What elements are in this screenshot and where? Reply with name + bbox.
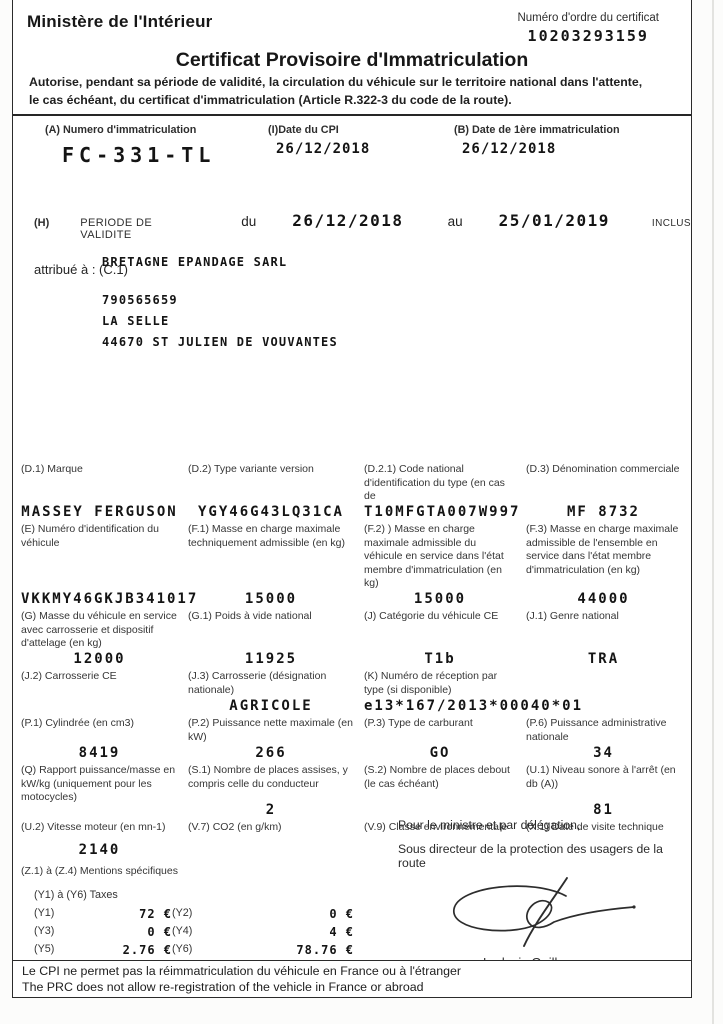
- validity-from-word: du: [241, 214, 256, 229]
- footer-notice: Le CPI ne permet pas la réimmatriculatio…: [13, 960, 691, 996]
- field-label: (V.7) CO2 (en g/km): [188, 821, 354, 835]
- tax-y3-label: (Y3): [34, 925, 92, 939]
- field-value: VKKMY46GKJB341017: [21, 591, 178, 610]
- field-empty: [526, 670, 691, 717]
- signature-block: Pour le ministre et par délégation, Sous…: [398, 818, 688, 960]
- order-number-label: Numéro d'ordre du certificat: [517, 12, 659, 24]
- first-registration-value: 26/12/2018: [454, 141, 676, 157]
- field-label: (S.2) Nombre de places debout (le cas éc…: [364, 764, 516, 791]
- document-subtitle-line2: le cas échéant, du certificat d'immatric…: [27, 93, 677, 108]
- field-value: T1b: [364, 651, 516, 670]
- grid-row-1: (D.1) Marque MASSEY FERGUSON (D.2) Type …: [21, 463, 691, 523]
- validity-code: (H): [34, 217, 49, 229]
- field-label: (J.2) Carrosserie CE: [21, 670, 178, 684]
- field-value: 34: [526, 745, 681, 764]
- field-label: (P.1) Cylindrée (en cm3): [21, 717, 178, 731]
- validity-label: PERIODE DE VALIDITE: [80, 217, 171, 241]
- field-value: YGY46G43LQ31CA: [188, 504, 354, 523]
- tax-y5-label: (Y5): [34, 943, 92, 957]
- field-label: (P.3) Type de carburant: [364, 717, 516, 731]
- field-cpi-date: (I)Date du CPI 26/12/2018: [268, 124, 426, 167]
- tax-y1-label: (Y1): [34, 907, 92, 921]
- field-value: 15000: [364, 591, 516, 610]
- field-k-reception-type: (K) Numéro de réception par type (si dis…: [364, 670, 526, 717]
- field-u2-vitesse-moteur: (U.2) Vitesse moteur (en mn-1) 2140: [21, 821, 188, 861]
- field-label: (J) Catégorie du véhicule CE: [364, 610, 516, 624]
- field-j2-carrosserie-ce: (J.2) Carrosserie CE: [21, 670, 188, 717]
- validity-to-word: au: [448, 214, 463, 229]
- field-d3-denomination: (D.3) Dénomination commerciale MF 8732: [526, 463, 691, 523]
- field-label: (F.3) Masse en charge maximale admissibl…: [526, 523, 681, 578]
- field-p1-cylindree: (P.1) Cylindrée (en cm3) 8419: [21, 717, 188, 764]
- validity-from-date: 26/12/2018: [292, 211, 403, 230]
- field-j3-carrosserie-nationale: (J.3) Carrosserie (désignation nationale…: [188, 670, 364, 717]
- field-value: 15000: [188, 591, 354, 610]
- field-value: MF 8732: [526, 504, 681, 523]
- field-p3-carburant: (P.3) Type de carburant GO: [364, 717, 526, 764]
- field-label: (E) Numéro d'identification du véhicule: [21, 523, 178, 550]
- tax-y1-value: 72 €: [92, 907, 172, 921]
- field-value: e13*167/2013*00040*01: [364, 698, 516, 717]
- field-label: (J.3) Carrosserie (désignation nationale…: [188, 670, 354, 697]
- field-value: 266: [188, 745, 354, 764]
- field-label: (F.2) ) Masse en charge maximale admissi…: [364, 523, 516, 591]
- field-value: MASSEY FERGUSON: [21, 504, 178, 523]
- field-label: (U.2) Vitesse moteur (en mn-1): [21, 821, 178, 835]
- field-g-masse-service: (G) Masse du véhicule en service avec ca…: [21, 610, 188, 670]
- scan-edge-shadow: [712, 0, 714, 1024]
- field-s2-places-debout: (S.2) Nombre de places debout (le cas éc…: [364, 764, 526, 821]
- field-f3-masse-ensemble: (F.3) Masse en charge maximale admissibl…: [526, 523, 691, 610]
- field-label: (K) Numéro de réception par type (si dis…: [364, 670, 516, 697]
- field-p2-puissance-nette: (P.2) Puissance nette maximale (en kW) 2…: [188, 717, 364, 764]
- grid-row-2: (E) Numéro d'identification du véhicule …: [21, 523, 691, 610]
- certificate-order-block: Numéro d'ordre du certificat 10203293159: [517, 12, 677, 45]
- taxes-table: (Y1) 72 € (Y2) 0 € (Y3) 0 € (Y4) 4 € (Y5…: [34, 907, 354, 957]
- ministry-title: Ministère de l'Intérieur: [27, 12, 213, 32]
- field-q-rapport-puissance: (Q) Rapport puissance/masse en kW/kg (un…: [21, 764, 188, 821]
- field-label: (U.1) Niveau sonore à l'arrêt (en db (A)…: [526, 764, 681, 791]
- field-u1-niveau-sonore: (U.1) Niveau sonore à l'arrêt (en db (A)…: [526, 764, 691, 821]
- field-v7-co2: (V.7) CO2 (en g/km): [188, 821, 364, 861]
- tax-y5-value: 2.76 €: [92, 943, 172, 957]
- field-j-categorie-ce: (J) Catégorie du véhicule CE T1b: [364, 610, 526, 670]
- signature-delegation-line1: Pour le ministre et par délégation,: [398, 818, 688, 832]
- document-header: Ministère de l'Intérieur Numéro d'ordre …: [13, 0, 691, 114]
- validity-inclusive-label: INCLUS: [652, 218, 691, 229]
- footer-notice-french: Le CPI ne permet pas la réimmatriculatio…: [22, 964, 691, 980]
- grid-row-5: (P.1) Cylindrée (en cm3) 8419 (P.2) Puis…: [21, 717, 691, 764]
- field-label: (G.1) Poids à vide national: [188, 610, 354, 624]
- field-value: TRA: [526, 651, 681, 670]
- holder-address-line1: LA SELLE: [102, 314, 338, 328]
- signatory-name: Ludovic Guillaume: [483, 955, 688, 960]
- field-label: (D.1) Marque: [21, 463, 178, 477]
- grid-row-4: (J.2) Carrosserie CE (J.3) Carrosserie (…: [21, 670, 691, 717]
- plate-number-label: (A) Numero d'immatriculation: [45, 124, 268, 136]
- field-first-registration-date: (B) Date de 1ère immatriculation 26/12/2…: [426, 124, 676, 167]
- field-value: 2140: [21, 842, 178, 861]
- grid-row-6: (Q) Rapport puissance/masse en kW/kg (un…: [21, 764, 691, 821]
- field-label: (P.6) Puissance administrative nationale: [526, 717, 681, 744]
- signature-delegation-line2: Sous directeur de la protection des usag…: [398, 842, 688, 870]
- vehicle-data-grid: (D.1) Marque MASSEY FERGUSON (D.2) Type …: [13, 463, 691, 861]
- holder-label: attribué à : (C.1): [13, 262, 102, 349]
- certificate-body: (A) Numero d'immatriculation FC-331-TL (…: [13, 114, 691, 960]
- field-plate-number: (A) Numero d'immatriculation FC-331-TL: [13, 124, 268, 167]
- field-value: GO: [364, 745, 516, 764]
- tax-y2-label: (Y2): [172, 907, 234, 921]
- field-label: (D.3) Dénomination commerciale: [526, 463, 681, 477]
- holder-address-line2: 44670 ST JULIEN DE VOUVANTES: [102, 335, 338, 349]
- field-value: AGRICOLE: [188, 698, 354, 717]
- field-g1-poids-vide: (G.1) Poids à vide national 11925: [188, 610, 364, 670]
- field-j1-genre-national: (J.1) Genre national TRA: [526, 610, 691, 670]
- certificate-document: Ministère de l'Intérieur Numéro d'ordre …: [12, 0, 692, 998]
- tax-y4-value: 4 €: [234, 925, 354, 939]
- holder-name: BRETAGNE EPANDAGE SARL: [102, 255, 338, 269]
- registration-row: (A) Numero d'immatriculation FC-331-TL (…: [13, 116, 691, 167]
- field-label: (D.2.1) Code national d'identification d…: [364, 463, 516, 504]
- field-label: (S.1) Nombre de places assises, y compri…: [188, 764, 354, 791]
- tax-y6-value: 78.76 €: [234, 943, 354, 957]
- document-title: Certificat Provisoire d'Immatriculation: [27, 49, 677, 72]
- field-f1-masse-technique: (F.1) Masse en charge maximale technique…: [188, 523, 364, 610]
- field-d21-code-national: (D.2.1) Code national d'identification d…: [364, 463, 526, 523]
- tax-y3-value: 0 €: [92, 925, 172, 939]
- field-value: [188, 858, 354, 861]
- holder-details: BRETAGNE EPANDAGE SARL 790565659 LA SELL…: [102, 255, 338, 349]
- first-registration-label: (B) Date de 1ère immatriculation: [454, 124, 676, 136]
- field-e-vin: (E) Numéro d'identification du véhicule …: [21, 523, 188, 610]
- signature-scribble-icon: [438, 876, 688, 953]
- field-d1-marque: (D.1) Marque MASSEY FERGUSON: [21, 463, 188, 523]
- field-value: 2: [188, 802, 354, 821]
- cpi-date-value: 26/12/2018: [268, 141, 426, 157]
- plate-number-value: FC-331-TL: [45, 143, 268, 167]
- field-label: (D.2) Type variante version: [188, 463, 354, 477]
- field-s1-places-assises: (S.1) Nombre de places assises, y compri…: [188, 764, 364, 821]
- field-value: 12000: [21, 651, 178, 670]
- taxes-title: (Y1) à (Y6) Taxes: [34, 889, 354, 901]
- field-value: T10MFGTA007W997: [364, 504, 516, 523]
- field-value: 11925: [188, 651, 354, 670]
- field-label: (P.2) Puissance nette maximale (en kW): [188, 717, 354, 744]
- tax-y4-label: (Y4): [172, 925, 234, 939]
- field-f2-masse-vehicule: (F.2) ) Masse en charge maximale admissi…: [364, 523, 526, 610]
- holder-siren: 790565659: [102, 293, 338, 307]
- field-value: 44000: [526, 591, 681, 610]
- grid-row-3: (G) Masse du véhicule en service avec ca…: [21, 610, 691, 670]
- field-label: (G) Masse du véhicule en service avec ca…: [21, 610, 178, 651]
- order-number-value: 10203293159: [517, 27, 659, 45]
- field-label: (Q) Rapport puissance/masse en kW/kg (un…: [21, 764, 178, 805]
- field-value: 8419: [21, 745, 178, 764]
- validity-period-row: (H) PERIODE DE VALIDITE du 26/12/2018 au…: [13, 211, 691, 241]
- field-d2-type-variante: (D.2) Type variante version YGY46G43LQ31…: [188, 463, 364, 523]
- footer-notice-english: The PRC does not allow re-registration o…: [22, 980, 691, 996]
- document-subtitle-line1: Autorise, pendant sa période de validité…: [27, 75, 677, 90]
- tax-y2-value: 0 €: [234, 907, 354, 921]
- field-p6-puissance-administrative: (P.6) Puissance administrative nationale…: [526, 717, 691, 764]
- field-label: (F.1) Masse en charge maximale technique…: [188, 523, 354, 550]
- cpi-date-label: (I)Date du CPI: [268, 124, 426, 136]
- holder-section: attribué à : (C.1) BRETAGNE EPANDAGE SAR…: [13, 255, 691, 349]
- taxes-section: (Y1) à (Y6) Taxes (Y1) 72 € (Y2) 0 € (Y3…: [34, 889, 354, 957]
- validity-to-date: 25/01/2019: [499, 211, 610, 230]
- tax-y6-label: (Y6): [172, 943, 234, 957]
- field-label: (J.1) Genre national: [526, 610, 681, 624]
